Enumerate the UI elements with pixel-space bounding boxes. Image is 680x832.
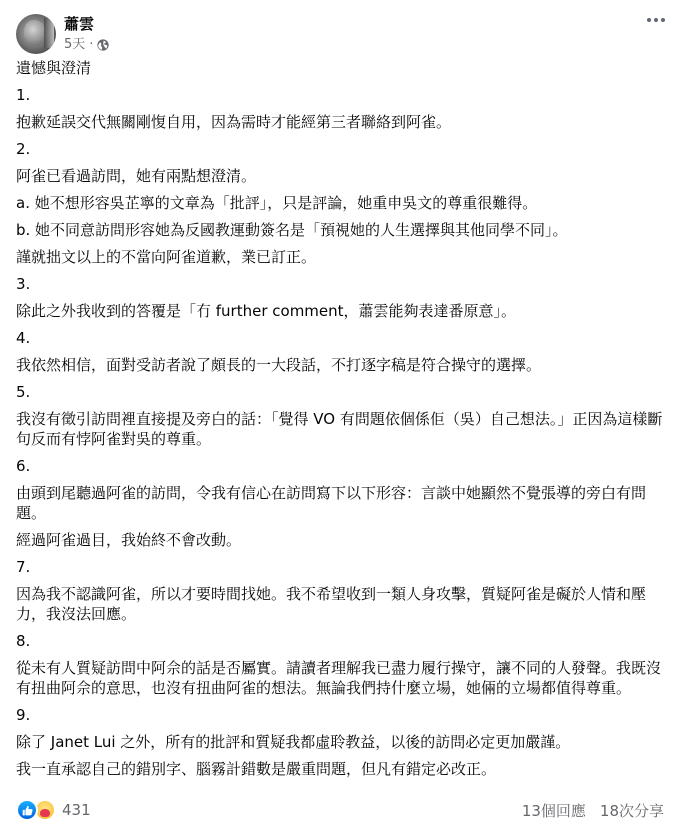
post-paragraph: 經過阿雀過目，我始終不會改動。 xyxy=(16,530,664,550)
post-body: 遺憾與澄清 1. 抱歉延誤交代無關剛愎自用，因為需時才能經第三者聯絡到阿雀。 2… xyxy=(16,58,664,786)
post-paragraph: 因為我不認識阿雀，所以才要時間找她。我不希望收到一類人身攻擊，質疑阿雀是礙於人情… xyxy=(16,584,664,624)
post-paragraph: 謹就拙文以上的不當向阿雀道歉，業已訂正。 xyxy=(16,247,664,267)
post-paragraph: 阿雀已看過訪問，她有兩點想澄清。 xyxy=(16,166,664,186)
section-number: 7. xyxy=(16,557,664,577)
section-number: 3. xyxy=(16,274,664,294)
post-paragraph: 我依然相信，面對受訪者說了頗長的一大段話，不打逐字稿是符合操守的選擇。 xyxy=(16,355,664,375)
separator: · xyxy=(89,36,93,54)
shares-count-link[interactable]: 18次分享 xyxy=(600,800,664,821)
post-timestamp[interactable]: 5天 xyxy=(64,36,85,54)
like-icon xyxy=(16,799,38,821)
author-avatar[interactable] xyxy=(16,14,56,54)
post-card: 蕭雲 5天 · 遺憾與澄清 1. 抱歉延誤交代無關剛愎自用，因為需時才能經第三者… xyxy=(0,0,680,832)
section-number: 9. xyxy=(16,705,664,725)
post-paragraph: 我沒有徵引訪問裡直接提及旁白的話：「覺得 VO 有問題依個係佢（吳）自己想法。」… xyxy=(16,409,664,449)
post-paragraph: a. 她不想形容吳芷寧的文章為「批評」，只是評論，她重申吳文的尊重很難得。 xyxy=(16,193,664,213)
more-dot-icon xyxy=(661,18,665,22)
post-paragraph: 除了 Janet Lui 之外，所有的批評和質疑我都虛聆教益，以後的訪問必定更加… xyxy=(16,732,664,752)
globe-icon[interactable] xyxy=(97,39,109,51)
post-paragraph: 除此之外我收到的答覆是「冇 further comment，蕭雲能夠表達番原意」… xyxy=(16,301,664,321)
post-subline: 5天 · xyxy=(64,36,109,54)
post-footer: 431 13個回應 18次分享 xyxy=(16,798,664,822)
more-dot-icon xyxy=(647,18,651,22)
post-paragraph: 由頭到尾聽過阿雀的訪問，令我有信心在訪問寫下以下形容：言談中她顯然不覺張導的旁白… xyxy=(16,483,664,523)
section-number: 8. xyxy=(16,631,664,651)
more-options-button[interactable] xyxy=(642,10,670,30)
author-name[interactable]: 蕭雲 xyxy=(64,15,109,34)
post-paragraph: b. 她不同意訪問形容她為反國教運動簽名是「預視她的人生選擇與其他同學不同」。 xyxy=(16,220,664,240)
engagement-stats: 13個回應 18次分享 xyxy=(522,800,664,821)
section-number: 4. xyxy=(16,328,664,348)
more-dot-icon xyxy=(654,18,658,22)
comments-count-link[interactable]: 13個回應 xyxy=(522,800,586,821)
reaction-count: 431 xyxy=(62,801,91,819)
section-number: 1. xyxy=(16,85,664,105)
section-number: 6. xyxy=(16,456,664,476)
reactions-summary[interactable]: 431 xyxy=(16,799,91,821)
post-meta: 蕭雲 5天 · xyxy=(64,15,109,54)
post-header: 蕭雲 5天 · xyxy=(16,12,664,56)
section-number: 5. xyxy=(16,382,664,402)
post-paragraph: 從未有人質疑訪問中阿佘的話是否屬實。請讀者理解我已盡力履行操守，讓不同的人發聲。… xyxy=(16,658,664,698)
post-paragraph: 抱歉延誤交代無關剛愎自用，因為需時才能經第三者聯絡到阿雀。 xyxy=(16,112,664,132)
post-title: 遺憾與澄清 xyxy=(16,58,664,78)
post-paragraph: 我一直承認自己的錯別字、腦霧計錯數是嚴重問題，但凡有錯定必改正。 xyxy=(16,759,664,779)
section-number: 2. xyxy=(16,139,664,159)
